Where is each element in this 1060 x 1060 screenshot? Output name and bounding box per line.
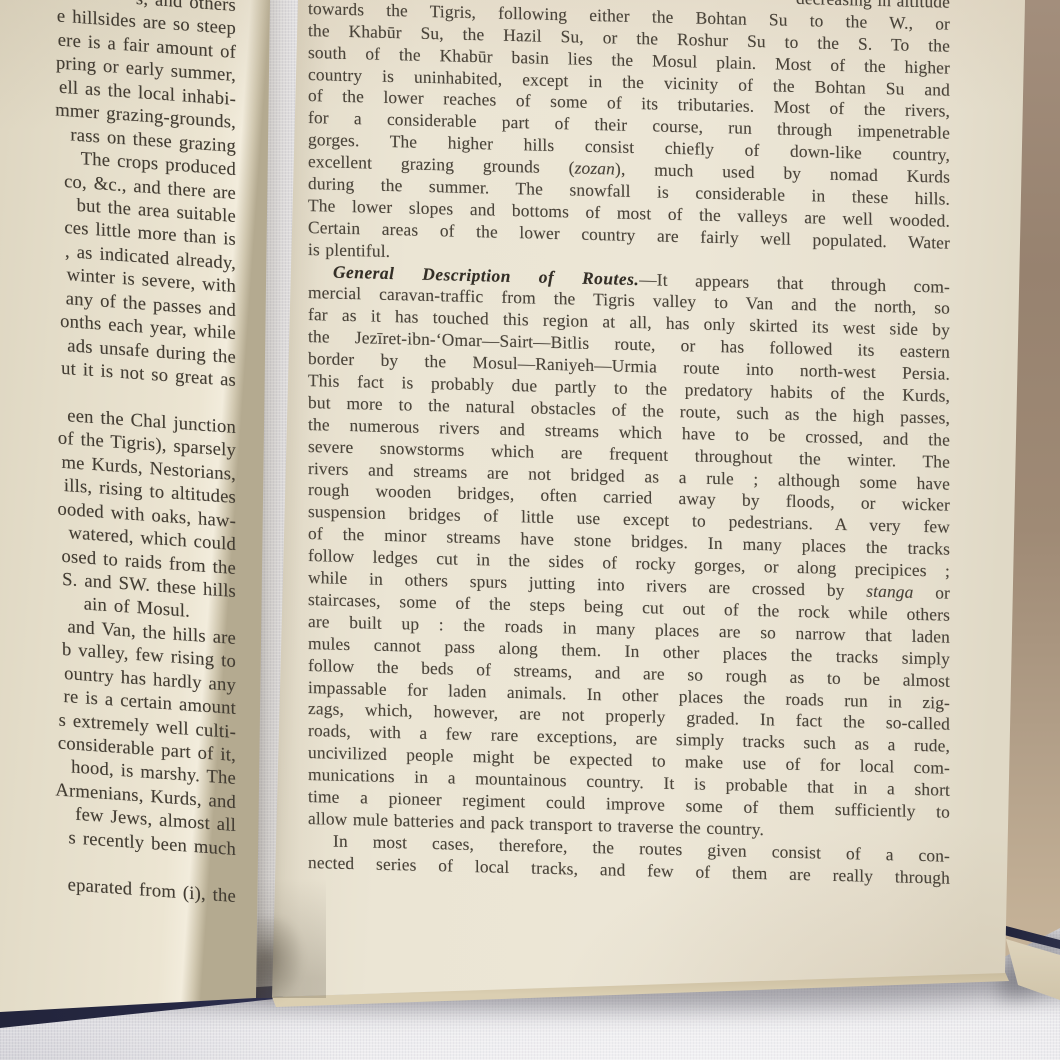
text-line: eparated from (i), the xyxy=(0,862,236,909)
right-page-text: decreasing in altitudetowards the Tigris… xyxy=(308,0,950,889)
left-page: s, and otherse hillsides are so steepere… xyxy=(0,0,270,1014)
left-page-text: s, and otherse hillsides are so steepere… xyxy=(0,0,236,908)
body-text: or xyxy=(914,582,950,603)
right-page: decreasing in altitudetowards the Tigris… xyxy=(272,0,1028,1002)
photo-open-book: decreasing in altitudetowards the Tigris… xyxy=(0,0,1060,1060)
italic-term: zozan xyxy=(575,158,615,179)
italic-term: stanga xyxy=(866,581,913,602)
